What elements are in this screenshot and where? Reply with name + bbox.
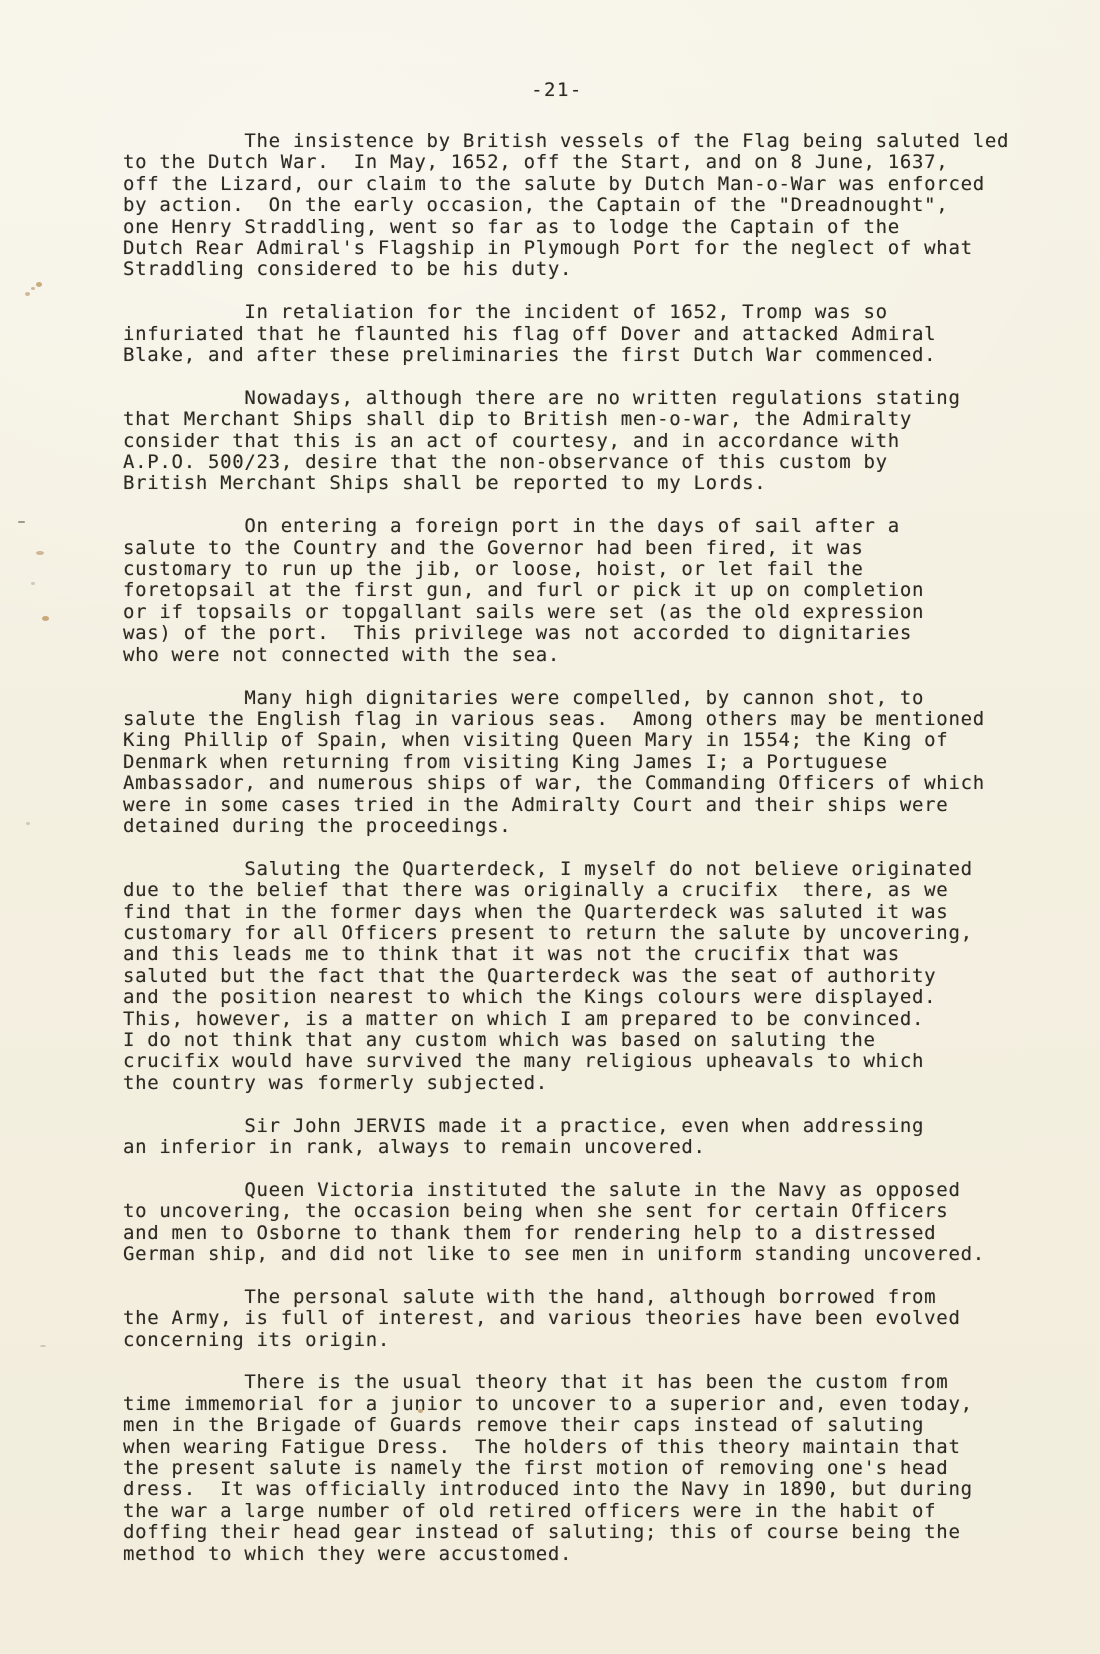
- paper-speck: [31, 582, 35, 585]
- paragraph-nowadays-merchant-ships: Nowadays, although there are no written …: [123, 388, 1063, 495]
- paragraph-usual-theory: There is the usual theory that it has be…: [123, 1372, 1063, 1565]
- paper-speck: [18, 521, 25, 523]
- page-number: -21-: [14, 0, 1100, 101]
- paragraph-retaliation-tromp: In retaliation for the incident of 1652,…: [123, 302, 1063, 366]
- paper-speck: [36, 551, 44, 555]
- paper-speck: [26, 822, 30, 825]
- paragraph-saluting-quarterdeck: Saluting the Quarterdeck, I myself do no…: [123, 859, 1063, 1094]
- paragraph-entering-foreign-port: On entering a foreign port in the days o…: [123, 516, 1063, 666]
- paragraph-high-dignitaries: Many high dignitaries were compelled, by…: [123, 688, 1063, 838]
- paper-speck: [36, 282, 42, 287]
- document-body: The insistence by British vessels of the…: [123, 131, 1063, 1586]
- paper-speck: [42, 616, 49, 621]
- paragraph-insistence-dutch-war: The insistence by British vessels of the…: [123, 131, 1063, 281]
- paragraph-personal-salute: The personal salute with the hand, altho…: [123, 1287, 1063, 1351]
- paragraph-sir-john-jervis: Sir John JERVIS made it a practice, even…: [123, 1116, 1063, 1159]
- document-page: -21- The insistence by British vessels o…: [0, 0, 1100, 1654]
- paper-speck: [40, 1345, 46, 1347]
- paragraph-queen-victoria: Queen Victoria instituted the salute in …: [123, 1180, 1063, 1266]
- paper-speck: [31, 287, 35, 290]
- paper-speck: [25, 292, 30, 296]
